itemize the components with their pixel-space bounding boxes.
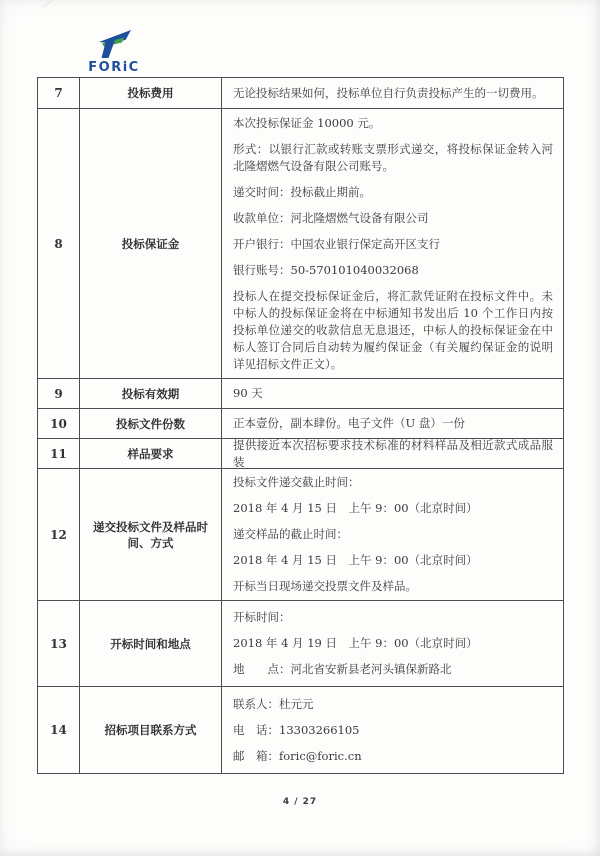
table-row: 11样品要求提供接近本次招标要求技术标准的材料样品及相近款式成品服装 <box>38 439 563 469</box>
row-label-cell: 投标保证金 <box>80 109 222 378</box>
row-content-cell: 开标时间：2018 年 4 月 19 日 上午 9：00（北京时间）地 点：河北… <box>222 601 563 686</box>
content-paragraph: 2018 年 4 月 15 日 上午 9：00（北京时间） <box>233 500 553 517</box>
content-paragraph: 开标时间： <box>233 609 553 626</box>
row-content-cell: 联系人：杜元元电 话：13303266105邮 箱：foric@foric.cn <box>222 687 563 773</box>
table-row: 9投标有效期90 天 <box>38 379 563 409</box>
content-paragraph: 收款单位：河北隆熠燃气设备有限公司 <box>233 210 553 227</box>
row-content-cell: 提供接近本次招标要求技术标准的材料样品及相近款式成品服装 <box>222 439 563 468</box>
content-paragraph: 投标人在提交投标保证金后，将汇款凭证附在投标文件中。未中标人的投标保证金将在中标… <box>233 288 553 373</box>
row-label-cell: 招标项目联系方式 <box>80 687 222 773</box>
page-footer: 4 / 27 <box>0 789 600 808</box>
row-number-cell: 10 <box>38 409 80 438</box>
table-row: 8投标保证金本次投标保证金 10000 元。形式：以银行汇款或转账支票形式递交，… <box>38 109 563 379</box>
table-row: 10投标文件份数正本壹份，副本肆份。电子文件（U 盘）一份 <box>38 409 563 439</box>
row-label-cell: 递交投标文件及样品时间、方式 <box>80 469 222 600</box>
page-number: 4 / 27 <box>283 797 317 807</box>
table-row: 14招标项目联系方式联系人：杜元元电 话：13303266105邮 箱：fori… <box>38 687 563 773</box>
row-label-cell: 开标时间和地点 <box>80 601 222 686</box>
row-content-cell: 投标文件递交截止时间：2018 年 4 月 15 日 上午 9：00（北京时间）… <box>222 469 563 600</box>
content-paragraph: 本次投标保证金 10000 元。 <box>233 115 553 132</box>
content-paragraph: 2018 年 4 月 19 日 上午 9：00（北京时间） <box>233 635 553 652</box>
foric-flag-icon <box>94 28 134 59</box>
content-paragraph: 电 话：13303266105 <box>233 722 553 739</box>
content-paragraph: 递交样品的截止时间： <box>233 526 553 543</box>
scan-artifact <box>43 0 57 7</box>
content-paragraph: 开户银行：中国农业银行保定高开区支行 <box>233 236 553 253</box>
row-content-cell: 本次投标保证金 10000 元。形式：以银行汇款或转账支票形式递交，将投标保证金… <box>222 109 563 378</box>
content-paragraph: 无论投标结果如何，投标单位自行负责投标产生的一切费用。 <box>233 85 553 102</box>
content-paragraph: 邮 箱：foric@foric.cn <box>233 748 553 765</box>
content-paragraph: 2018 年 4 月 15 日 上午 9：00（北京时间） <box>233 552 553 569</box>
row-number-cell: 12 <box>38 469 80 600</box>
row-label-cell: 投标费用 <box>80 78 222 108</box>
table-row: 13开标时间和地点开标时间：2018 年 4 月 19 日 上午 9：00（北京… <box>38 601 563 687</box>
foric-logo-text: FORiC <box>82 60 146 75</box>
row-label-cell: 投标有效期 <box>80 379 222 408</box>
content-paragraph: 联系人：杜元元 <box>233 696 553 713</box>
row-number-cell: 14 <box>38 687 80 773</box>
row-content-cell: 正本壹份，副本肆份。电子文件（U 盘）一份 <box>222 409 563 438</box>
foric-logo: FORiC <box>82 28 146 75</box>
row-label-cell: 投标文件份数 <box>80 409 222 438</box>
content-paragraph: 形式：以银行汇款或转账支票形式递交，将投标保证金转入河北隆熠燃气设备有限公司账号… <box>233 141 553 175</box>
row-number-cell: 8 <box>38 109 80 378</box>
content-paragraph: 投标文件递交截止时间： <box>233 474 553 491</box>
row-number-cell: 9 <box>38 379 80 408</box>
row-number-cell: 13 <box>38 601 80 686</box>
document-page: FORiC 7投标费用无论投标结果如何，投标单位自行负责投标产生的一切费用。8投… <box>0 0 600 856</box>
content-paragraph: 正本壹份，副本肆份。电子文件（U 盘）一份 <box>233 415 553 432</box>
table-row: 12递交投标文件及样品时间、方式投标文件递交截止时间：2018 年 4 月 15… <box>38 469 563 601</box>
content-paragraph: 90 天 <box>233 385 553 402</box>
row-number-cell: 7 <box>38 78 80 108</box>
content-paragraph: 递交时间：投标截止期前。 <box>233 184 553 201</box>
row-label-cell: 样品要求 <box>80 439 222 468</box>
table-row: 7投标费用无论投标结果如何，投标单位自行负责投标产生的一切费用。 <box>38 78 563 109</box>
content-paragraph: 提供接近本次招标要求技术标准的材料样品及相近款式成品服装 <box>233 437 553 471</box>
content-paragraph: 开标当日现场递交投票文件及样品。 <box>233 578 553 595</box>
bid-info-table: 7投标费用无论投标结果如何，投标单位自行负责投标产生的一切费用。8投标保证金本次… <box>37 77 564 774</box>
row-content-cell: 90 天 <box>222 379 563 408</box>
content-paragraph: 地 点：河北省安新县老河头镇保新路北 <box>233 661 553 678</box>
content-paragraph: 银行账号：50-570101040032068 <box>233 262 553 279</box>
row-content-cell: 无论投标结果如何，投标单位自行负责投标产生的一切费用。 <box>222 78 563 108</box>
row-number-cell: 11 <box>38 439 80 468</box>
